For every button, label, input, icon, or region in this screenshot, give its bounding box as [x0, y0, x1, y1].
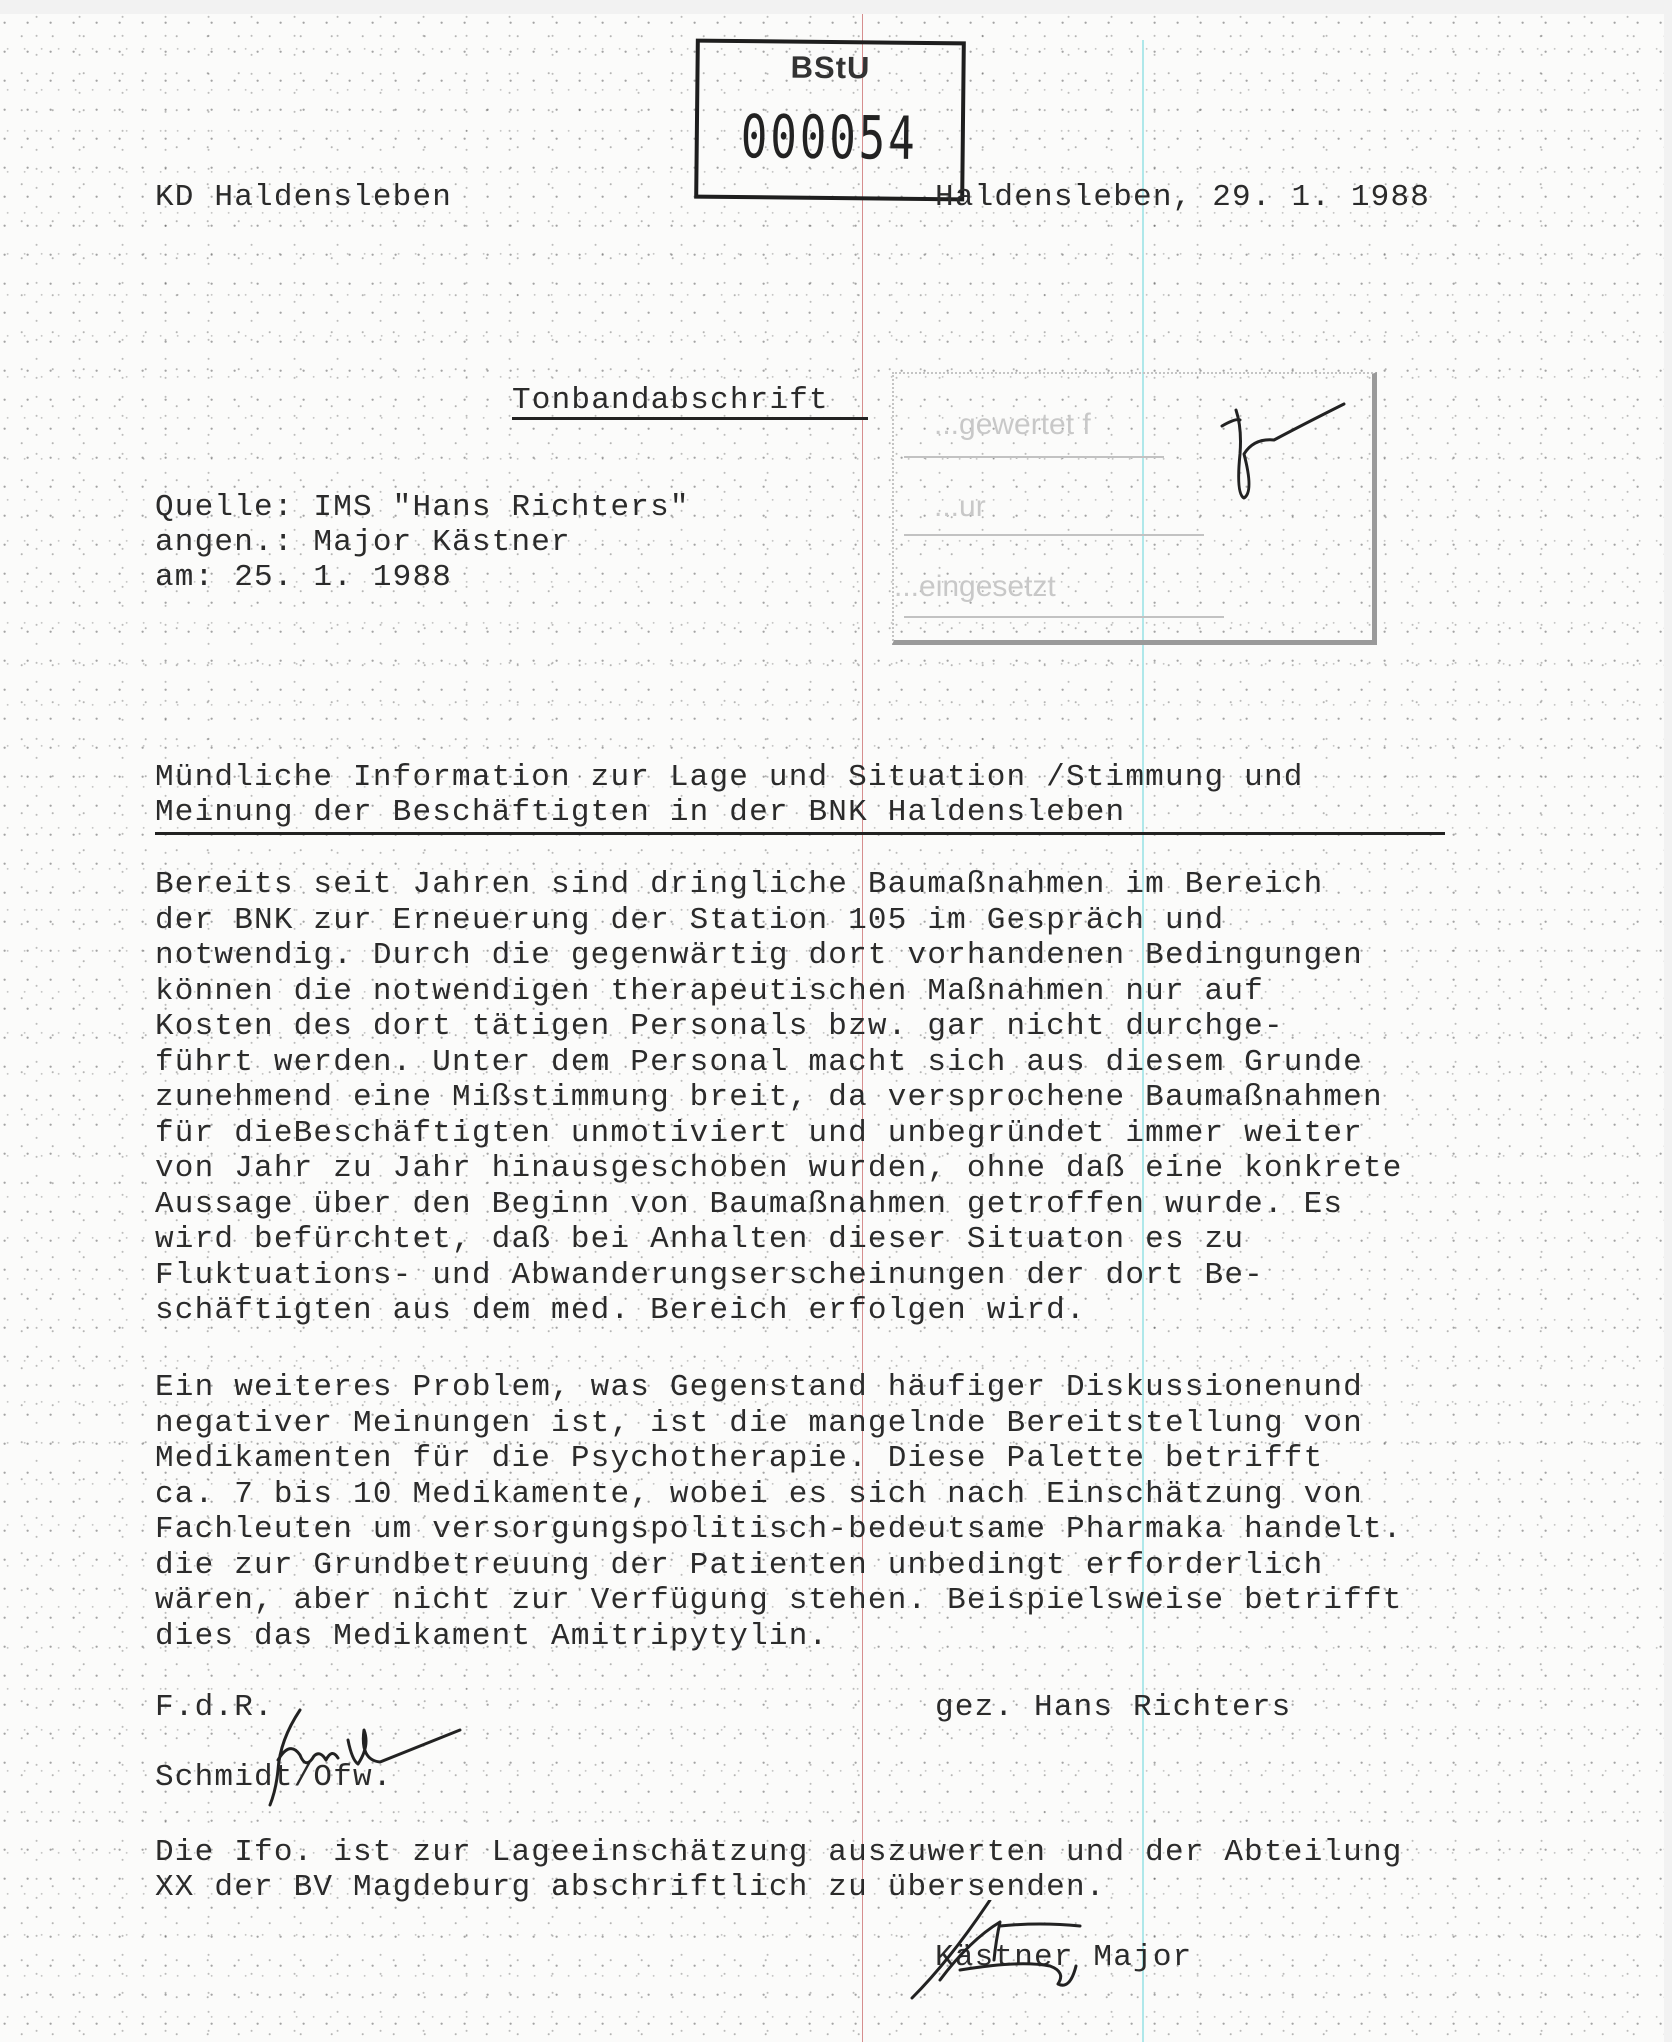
receipt-stamp-line: ...eingesetzt: [894, 570, 1056, 604]
paragraph-line: Fachleuten um versorgungspolitisch-bedeu…: [155, 1512, 1403, 1547]
paragraph-line: ca. 7 bis 10 Medikamente, wobei es sich …: [155, 1477, 1363, 1512]
paragraph-line: Medikamenten für die Psychotherapie. Die…: [155, 1441, 1323, 1476]
stamp-title: BStU: [699, 49, 961, 88]
paragraph-line: schäftigten aus dem med. Bereich erfolge…: [155, 1293, 1086, 1328]
title-underline: [512, 417, 868, 420]
schmidt-signature: [240, 1700, 500, 1810]
sender: KD Haldensleben: [155, 180, 452, 215]
meeting-date-line: am: 25. 1. 1988: [155, 560, 452, 595]
subject-line-1: Mündliche Information zur Lage und Situa…: [155, 760, 1304, 795]
paragraph-line: notwendig. Durch die gegenwärtig dort vo…: [155, 938, 1363, 973]
paragraph-line: wären, aber nicht zur Verfügung stehen. …: [155, 1583, 1403, 1618]
receipt-stamp-rule: [904, 616, 1224, 618]
bstu-archive-stamp: BStU 000054: [694, 39, 966, 202]
receipt-stamp-line: ...ur: [934, 490, 986, 524]
paragraph-line: Aussage über den Beginn von Baumaßnahmen…: [155, 1187, 1343, 1222]
paragraph-line: wird befürchtet, daß bei Anhalten dieser…: [155, 1222, 1244, 1257]
signed-by: gez. Hans Richters: [935, 1690, 1291, 1725]
received-by-line: angen.: Major Kästner: [155, 525, 571, 560]
subject-underline: [155, 832, 1445, 835]
paragraph-line: von Jahr zu Jahr hinausgeschoben wurden,…: [155, 1151, 1403, 1186]
receipt-stamp-rule: [904, 456, 1164, 458]
paragraph-line: können die notwendigen therapeutischen M…: [155, 974, 1264, 1009]
receipt-stamp: ...gewertet f ...ur ...eingesetzt: [892, 372, 1377, 645]
paragraph-line: dies das Medikament Amitripytylin.: [155, 1619, 828, 1654]
instruction-line-1: Die Ifo. ist zur Lageeinschätzung auszuw…: [155, 1835, 1403, 1870]
paragraph-line: Fluktuations- und Abwanderungserscheinun…: [155, 1258, 1264, 1293]
paragraph-line: für dieBeschäftigten unmotiviert und unb…: [155, 1116, 1363, 1151]
source-line: Quelle: IMS "Hans Richters": [155, 490, 690, 525]
initials-signature: [1214, 394, 1364, 514]
paragraph-line: Kosten des dort tätigen Personals bzw. g…: [155, 1009, 1284, 1044]
paragraph-line: Bereits seit Jahren sind dringliche Baum…: [155, 867, 1323, 902]
receipt-stamp-line: ...gewertet f: [934, 408, 1091, 442]
receipt-stamp-rule: [904, 534, 1204, 536]
stamp-number: 000054: [740, 103, 918, 174]
paragraph-line: zunehmend eine Mißstimmung breit, da ver…: [155, 1080, 1383, 1115]
subject-line-2: Meinung der Beschäftigten in der BNK Hal…: [155, 795, 1125, 830]
place-date: Haldensleben, 29. 1. 1988: [935, 180, 1430, 215]
paragraph-line: führt werden. Unter dem Personal macht s…: [155, 1045, 1363, 1080]
document-title: Tonbandabschrift: [512, 383, 829, 418]
kaestner-signature: [900, 1900, 1160, 2020]
paragraph-line: negativer Meinungen ist, ist die mangeln…: [155, 1406, 1363, 1441]
paragraph-line: die zur Grundbetreuung der Patienten unb…: [155, 1548, 1323, 1583]
paragraph-line: der BNK zur Erneuerung der Station 105 i…: [155, 903, 1224, 938]
paragraph-line: Ein weiteres Problem, was Gegenstand häu…: [155, 1370, 1363, 1405]
